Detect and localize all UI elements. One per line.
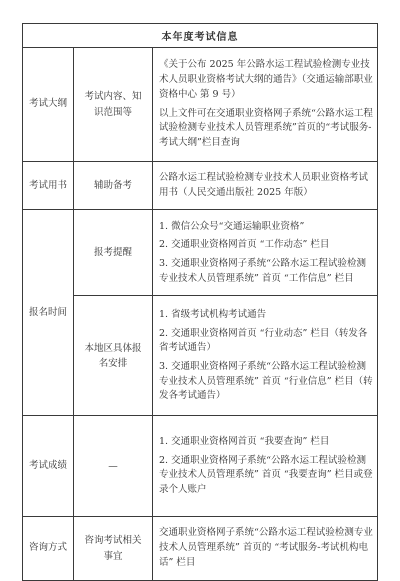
subcategory-cell-results: — xyxy=(74,416,153,517)
content-paragraph: 2. 交通职业资格网子系统“公路水运工程试验检测专业技术人员管理系统” 首页 “… xyxy=(159,454,373,498)
content-paragraph: 3. 交通职业资格网子系统“公路水运工程试验检测专业技术人员管理系统” 首页 “… xyxy=(159,257,373,286)
category-cell-outline: 考试大纲 xyxy=(23,48,74,162)
content-paragraph: 《关于公布 2025 年公路水运工程试验检测专业技术人员职业资格考试大纲的通告》… xyxy=(159,58,373,102)
exam-info-table: 本年度考试信息 考试大纲 考试内容、知识范围等 《关于公布 2025 年公路水运… xyxy=(22,23,378,581)
subcategory-cell-outline: 考试内容、知识范围等 xyxy=(74,48,153,162)
category-cell-results: 考试成绩 xyxy=(23,416,74,517)
content-paragraph: 1. 省级考试机构考试通告 xyxy=(159,308,373,323)
content-cell-books: 公路水运工程试验检测专业技术人员职业资格考试用书（人民交通出版社 2025 年版… xyxy=(153,162,378,210)
subcategory-cell-books: 辅助备考 xyxy=(74,162,153,210)
content-paragraph: 交通职业资格网子系统“公路水运工程试验检测专业技术人员管理系统” 首页的 “考试… xyxy=(159,526,373,570)
content-cell-consult: 交通职业资格网子系统“公路水运工程试验检测专业技术人员管理系统” 首页的 “考试… xyxy=(153,517,378,580)
content-cell-results: 1. 交通职业资格网首页 “我要查询” 栏目 2. 交通职业资格网子系统“公路水… xyxy=(153,416,378,517)
table-row-exam-books: 考试用书 辅助备考 公路水运工程试验检测专业技术人员职业资格考试用书（人民交通出… xyxy=(23,162,378,210)
content-cell-outline: 《关于公布 2025 年公路水运工程试验检测专业技术人员职业资格考试大纲的通告》… xyxy=(153,48,378,162)
content-paragraph: 3. 交通职业资格网子系统“公路水运工程试验检测专业技术人员管理系统” 首页 “… xyxy=(159,360,373,404)
table-row-registration-reminder: 报名时间 报考提醒 1. 微信公众号“交通运输职业资格” 2. 交通职业资格网首… xyxy=(23,210,378,296)
content-paragraph: 1. 微信公众号“交通运输职业资格” xyxy=(159,220,373,235)
content-paragraph: 2. 交通职业资格网首页 “工作动态” 栏目 xyxy=(159,238,373,253)
content-cell-reminder: 1. 微信公众号“交通运输职业资格” 2. 交通职业资格网首页 “工作动态” 栏… xyxy=(153,210,378,296)
table-row-registration-local: 本地区具体报名安排 1. 省级考试机构考试通告 2. 交通职业资格网首页 “行业… xyxy=(23,296,378,416)
content-paragraph: 公路水运工程试验检测专业技术人员职业资格考试用书（人民交通出版社 2025 年版… xyxy=(159,171,373,200)
content-paragraph: 1. 交通职业资格网首页 “我要查询” 栏目 xyxy=(159,435,373,450)
content-cell-local: 1. 省级考试机构考试通告 2. 交通职业资格网首页 “行业动态” 栏目（转发各… xyxy=(153,296,378,416)
table-title: 本年度考试信息 xyxy=(23,24,378,48)
table-row-exam-outline: 考试大纲 考试内容、知识范围等 《关于公布 2025 年公路水运工程试验检测专业… xyxy=(23,48,378,162)
content-paragraph: 2. 交通职业资格网首页 “行业动态” 栏目（转发各省考试通告） xyxy=(159,327,373,356)
table-header-row: 本年度考试信息 xyxy=(23,24,378,48)
category-cell-registration: 报名时间 xyxy=(23,210,74,416)
subcategory-cell-reminder: 报考提醒 xyxy=(74,210,153,296)
table-row-consultation: 咨询方式 咨询考试相关事宜 交通职业资格网子系统“公路水运工程试验检测专业技术人… xyxy=(23,517,378,580)
category-cell-consult: 咨询方式 xyxy=(23,517,74,580)
content-paragraph: 以上文件可在交通职业资格网子系统“公路水运工程试验检测专业技术人员管理系统”首页… xyxy=(159,107,373,151)
table-row-exam-results: 考试成绩 — 1. 交通职业资格网首页 “我要查询” 栏目 2. 交通职业资格网… xyxy=(23,416,378,517)
document-page: 本年度考试信息 考试大纲 考试内容、知识范围等 《关于公布 2025 年公路水运… xyxy=(0,0,400,573)
subcategory-cell-consult: 咨询考试相关事宜 xyxy=(74,517,153,580)
category-cell-books: 考试用书 xyxy=(23,162,74,210)
subcategory-cell-local: 本地区具体报名安排 xyxy=(74,296,153,416)
